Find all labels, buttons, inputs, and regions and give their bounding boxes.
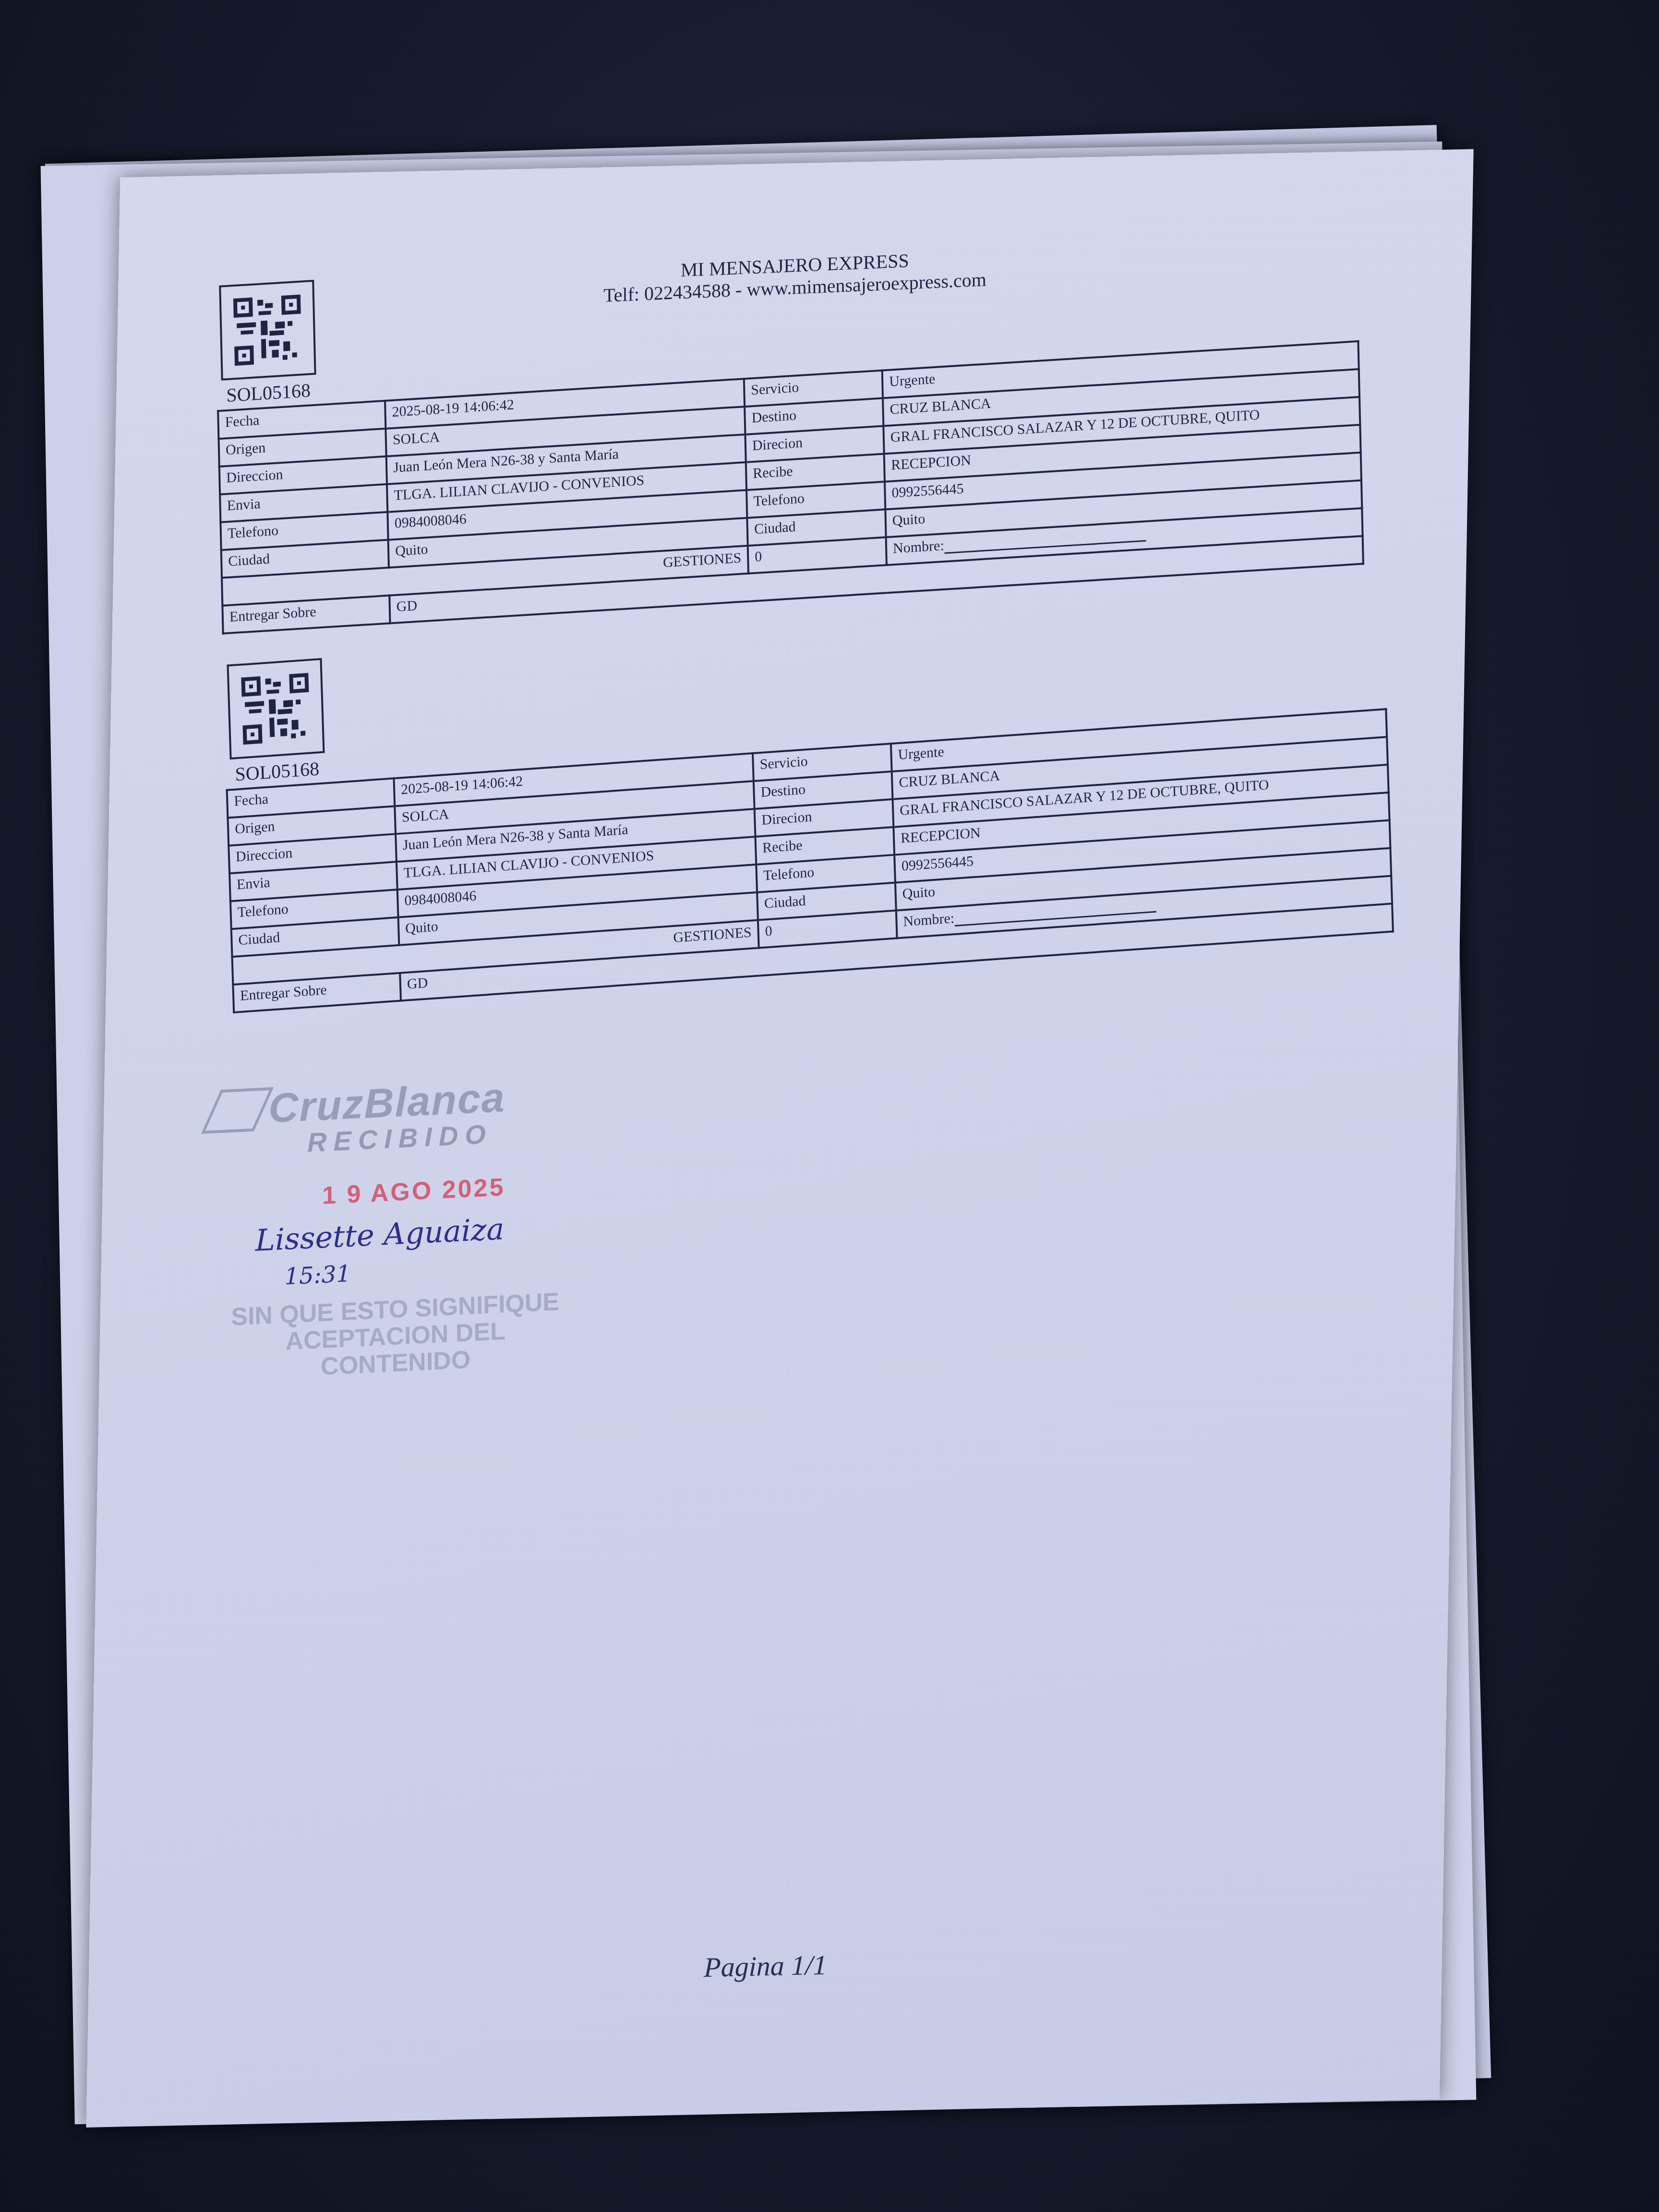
nombre-label: Nombre: xyxy=(893,538,944,556)
cross-logo-icon xyxy=(201,1087,274,1133)
qr-code-icon xyxy=(219,280,316,381)
nombre-signature-line xyxy=(944,528,1146,554)
signature-name: Lissette Aguaiza xyxy=(255,1211,505,1258)
stamp-date: 1 9 AGO 2025 xyxy=(322,1169,577,1210)
nombre-label: Nombre: xyxy=(903,910,955,929)
stamp-disclaimer: SIN QUE ESTO SIGNIFIQUE ACEPTACION DEL C… xyxy=(213,1287,578,1385)
received-stamp: CruzBlanca RECIBIDO 1 9 AGO 2025 Lissett… xyxy=(211,1070,578,1385)
delivery-record: SOL05168 Fecha 2025-08-19 14:06:42 Servi… xyxy=(214,216,1364,635)
delivery-record: SOL05168 Fecha 2025-08-19 14:06:42 Servi… xyxy=(222,584,1394,1013)
qr-code-icon xyxy=(227,658,325,759)
handwritten-signature: Lissette Aguaiza 15:31 xyxy=(255,1208,577,1293)
page-number: Pagina 1/1 xyxy=(88,1936,1443,1996)
signature-time: 15:31 xyxy=(284,1260,351,1290)
delivery-form-page: MI MENSAJERO EXPRESS Telf: 022434588 - w… xyxy=(86,149,1473,2127)
